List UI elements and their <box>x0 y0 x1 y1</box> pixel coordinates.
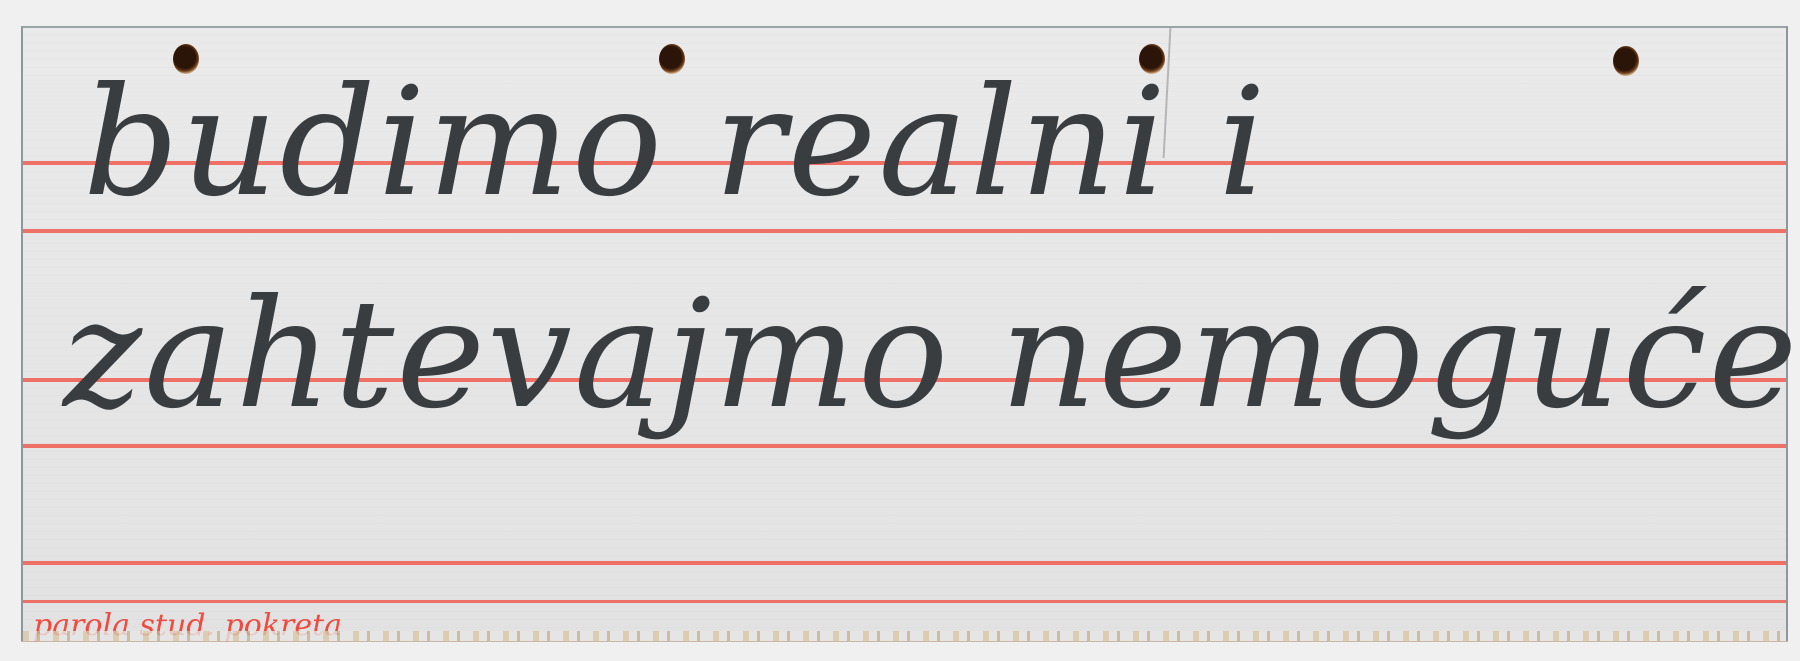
ruled-line <box>23 561 1786 565</box>
ruled-line <box>23 444 1786 448</box>
wooden-sign: budimo realni i zahtevajmo nemoguće paro… <box>21 26 1788 641</box>
nail-hole <box>1613 46 1639 76</box>
slogan-line-2: zahtevajmo nemoguće <box>63 280 1799 430</box>
slogan-line-1: budimo realni i <box>83 68 1268 218</box>
ruled-line <box>23 600 1786 603</box>
splintered-edge <box>23 631 1786 641</box>
